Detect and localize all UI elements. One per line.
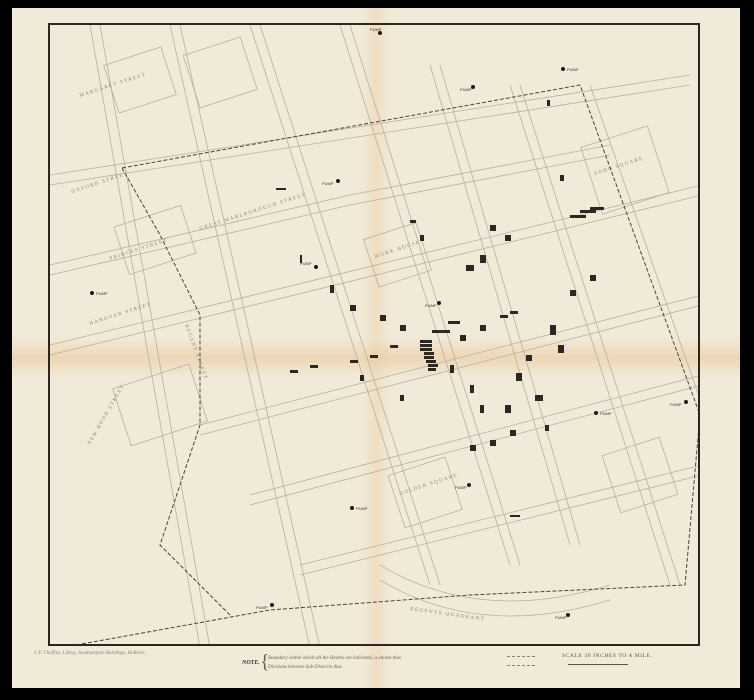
svg-text:PRINCES STREET: PRINCES STREET <box>109 238 169 262</box>
pump-label-group: PUMP PUMP PUMP PUMP PUMP PUMP PUMP PUMP … <box>96 27 682 620</box>
svg-text:PUMP: PUMP <box>370 27 382 32</box>
pump-markers <box>90 31 688 617</box>
legend-subdistrict-text: Divisions between Sub-Districts thus <box>268 663 401 672</box>
map-sheet: MARGARET STREET OXFORD STREET PRINCES ST… <box>12 8 740 688</box>
svg-text:PUMP: PUMP <box>425 303 437 308</box>
svg-text:NEW BOND STREET: NEW BOND STREET <box>87 384 126 446</box>
svg-text:REGENTS QUADRANT: REGENTS QUADRANT <box>410 607 486 623</box>
svg-text:PUMP: PUMP <box>300 261 312 266</box>
svg-text:PUMP: PUMP <box>322 181 334 186</box>
svg-text:PUMP: PUMP <box>600 411 612 416</box>
svg-text:PUMP: PUMP <box>256 605 268 610</box>
svg-text:PUMP: PUMP <box>96 291 108 296</box>
street-map[interactable]: MARGARET STREET OXFORD STREET PRINCES ST… <box>50 25 700 646</box>
svg-text:PUMP: PUMP <box>555 615 567 620</box>
street-grid <box>50 25 700 646</box>
svg-text:WORK HOUSE: WORK HOUSE <box>374 240 421 260</box>
scale-bar <box>568 664 628 665</box>
legend-boundary-text: Boundary within which all the Deaths are… <box>268 654 401 663</box>
lithographer-imprint: C.F. Cheffins, Lithog, Southampton Build… <box>34 651 146 656</box>
svg-text:PUMP: PUMP <box>460 87 472 92</box>
svg-text:OXFORD STREET: OXFORD STREET <box>71 172 129 195</box>
svg-text:REGENT STREET: REGENT STREET <box>183 324 208 381</box>
legend-note: Boundary within which all the Deaths are… <box>268 654 401 672</box>
scale-label: SCALE 30 INCHES TO A MILE. <box>562 653 653 659</box>
svg-text:PUMP: PUMP <box>356 506 368 511</box>
svg-text:PUMP: PUMP <box>455 485 467 490</box>
note-label: NOTE. <box>242 660 260 666</box>
svg-text:SOHO SQUARE: SOHO SQUARE <box>594 156 644 177</box>
legend-line-samples <box>507 656 535 674</box>
map-frame[interactable]: MARGARET STREET OXFORD STREET PRINCES ST… <box>48 23 700 646</box>
svg-text:PUMP: PUMP <box>670 402 682 407</box>
svg-text:PUMP: PUMP <box>567 67 579 72</box>
svg-text:GREAT MARLBOROUGH STREET: GREAT MARLBOROUGH STREET <box>199 193 307 232</box>
legend-subdistrict-sample <box>507 665 535 667</box>
legend-boundary-sample <box>507 656 535 658</box>
